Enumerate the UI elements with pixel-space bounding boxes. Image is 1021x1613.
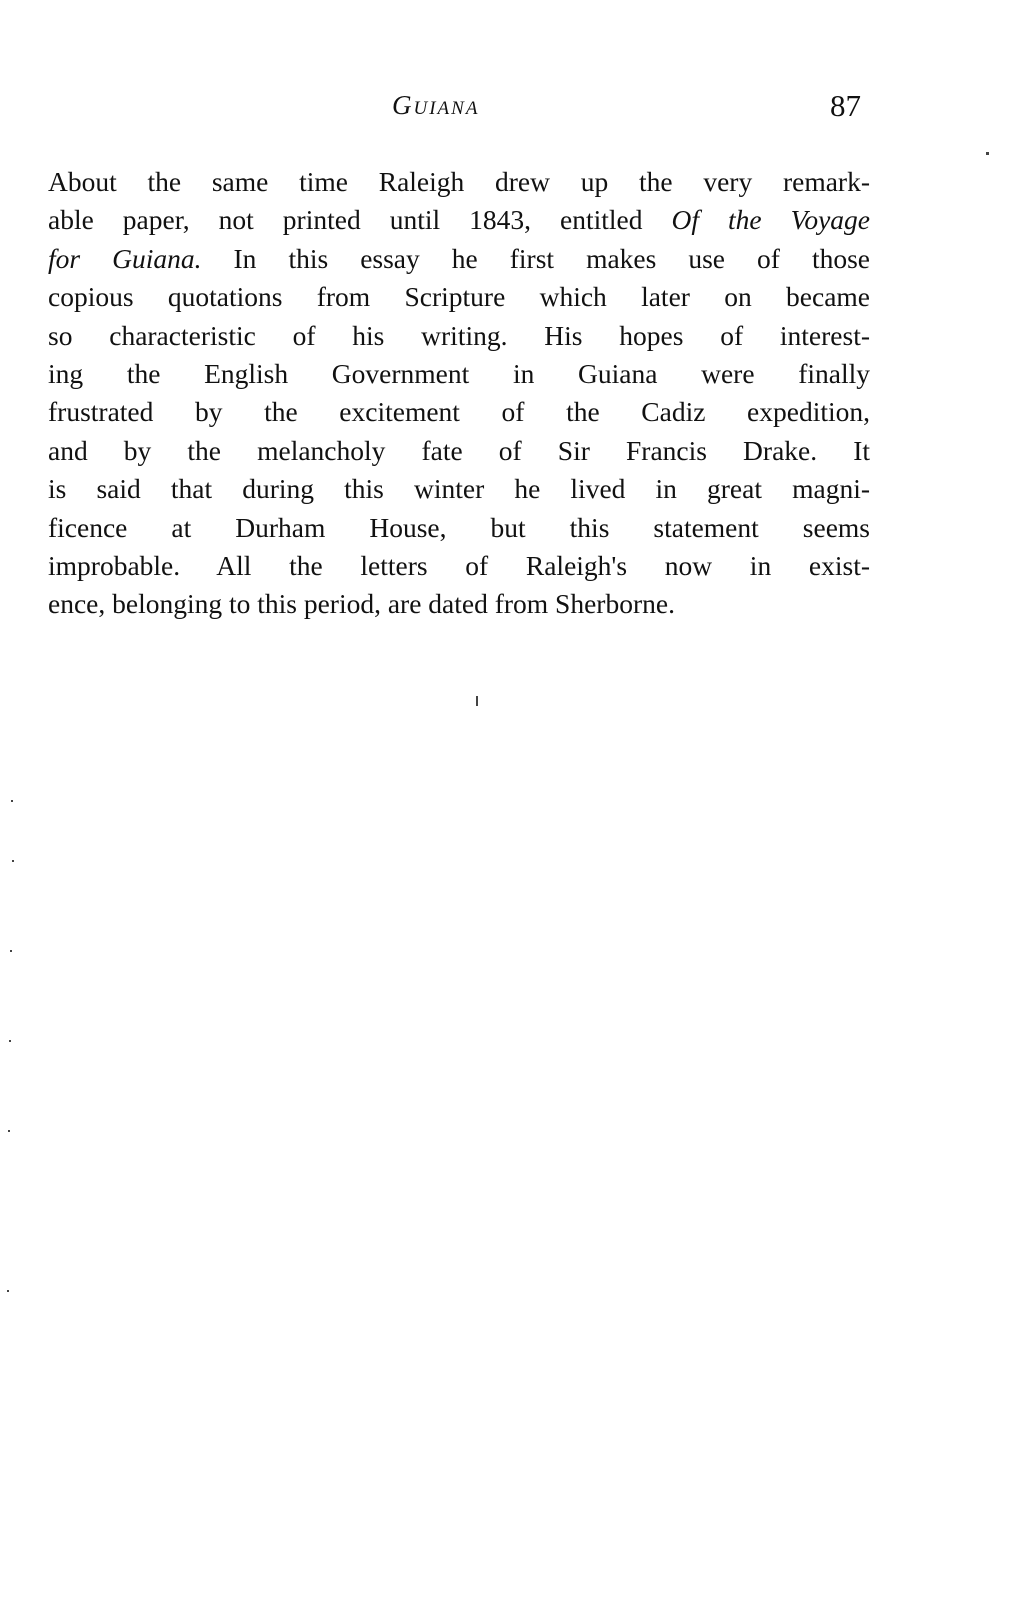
scan-speck (8, 1130, 10, 1132)
italic-title-run: Of the Voyage (671, 204, 870, 235)
body-paragraph: About the same time Raleigh drew up the … (48, 163, 870, 624)
text-run: so characteristic of his writing. His ho… (48, 320, 870, 351)
text-line: ing the English Government in Guiana wer… (48, 355, 870, 393)
text-line: and by the melancholy fate of Sir Franci… (48, 432, 870, 470)
scan-speck (10, 950, 12, 952)
text-line: About the same time Raleigh drew up the … (48, 163, 870, 201)
text-run: improbable. All the letters of Raleigh's… (48, 550, 870, 581)
scan-speck (476, 696, 478, 706)
text-run: able paper, not printed until 1843, enti… (48, 204, 671, 235)
text-run: frustrated by the excitement of the Cadi… (48, 396, 870, 427)
text-run: In this essay he first makes use of thos… (202, 243, 871, 274)
running-title: Guiana (392, 90, 479, 121)
text-line: is said that during this winter he lived… (48, 470, 870, 508)
text-line: so characteristic of his writing. His ho… (48, 317, 870, 355)
text-line: for Guiana. In this essay he first makes… (48, 240, 870, 278)
scan-speck (7, 1290, 9, 1292)
text-run: is said that during this winter he lived… (48, 473, 870, 504)
text-line: frustrated by the excitement of the Cadi… (48, 393, 870, 431)
running-head: Guiana 87 (0, 88, 1021, 128)
scan-speck (12, 860, 14, 862)
text-run: copious quotations from Scripture which … (48, 281, 870, 312)
text-run: ing the English Government in Guiana wer… (48, 358, 870, 389)
scan-speck (11, 800, 13, 802)
scan-speck (9, 1040, 11, 1042)
italic-title-run: for Guiana. (48, 243, 202, 274)
text-line: ence, belonging to this period, are date… (48, 585, 870, 623)
text-line: able paper, not printed until 1843, enti… (48, 201, 870, 239)
text-run: ence, belonging to this period, are date… (48, 588, 675, 619)
text-line: ficence at Durham House, but this statem… (48, 509, 870, 547)
page-number: 87 (830, 88, 861, 124)
text-line: improbable. All the letters of Raleigh's… (48, 547, 870, 585)
text-run: ficence at Durham House, but this statem… (48, 512, 870, 543)
text-run: and by the melancholy fate of Sir Franci… (48, 435, 870, 466)
text-line: copious quotations from Scripture which … (48, 278, 870, 316)
scan-speck (986, 152, 989, 155)
text-run: About the same time Raleigh drew up the … (48, 166, 870, 197)
